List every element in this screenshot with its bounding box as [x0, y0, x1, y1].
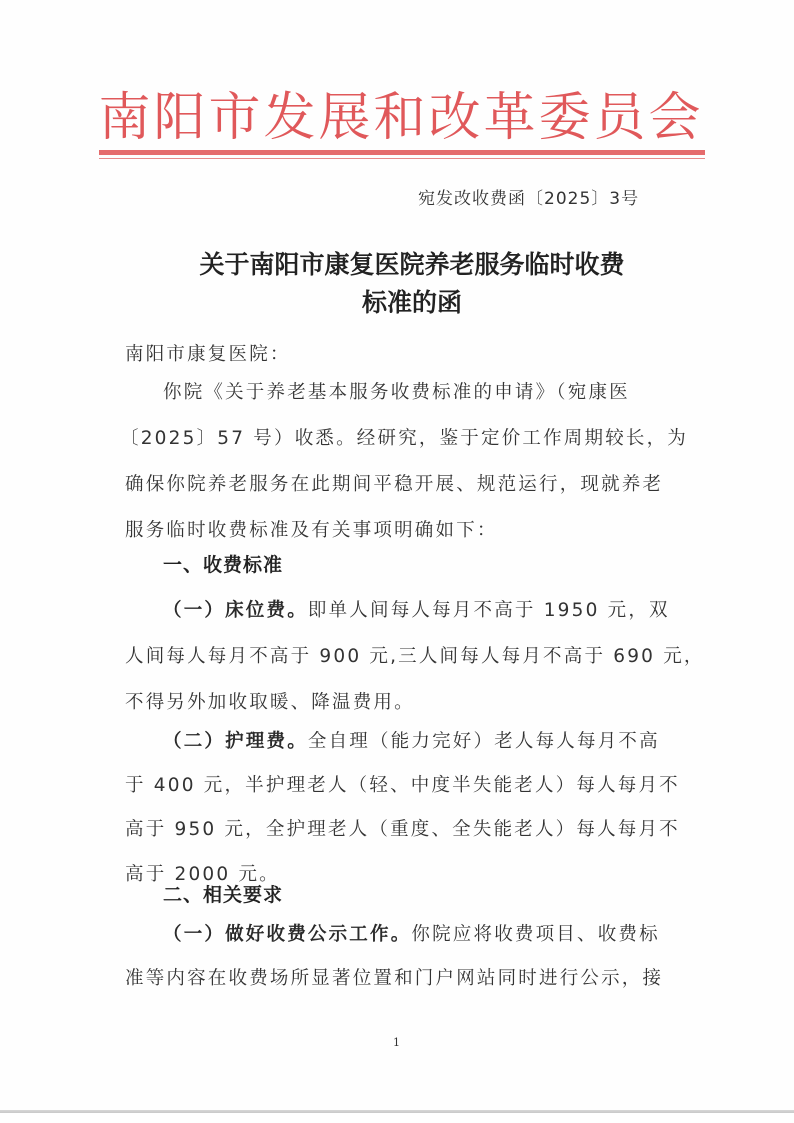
document-number: 宛发改收费函〔2025〕3号	[418, 184, 639, 209]
bed-fee-line-2: 人间每人每月不高于 900 元,三人间每人每月不高于 690 元，	[125, 642, 695, 668]
publicity-line-2: 准等内容在收费场所显著位置和门户网站同时进行公示，接	[125, 964, 695, 990]
care-fee-line-1: （二）护理费。全自理（能力完好）老人每人每月不高	[163, 727, 733, 753]
bed-fee-text-1: 即单人间每人每月不高于 1950 元，双	[308, 600, 670, 621]
publicity-label: （一）做好收费公示工作。	[163, 924, 411, 945]
care-fee-text-1: 全自理（能力完好）老人每人每月不高	[308, 731, 660, 752]
bed-fee-label: （一）床位费。	[163, 600, 308, 621]
letterhead-thick-red-rule	[99, 150, 705, 155]
care-fee-label: （二）护理费。	[163, 731, 308, 752]
section-2-heading: 二、相关要求	[163, 880, 283, 907]
letterhead-thin-red-rule	[99, 158, 705, 159]
publicity-text-1: 你院应将收费项目、收费标	[411, 924, 659, 945]
document-page: 南阳市发展和改革委员会 宛发改收费函〔2025〕3号 关于南阳市康复医院养老服务…	[0, 0, 794, 1123]
scan-margin	[0, 1113, 794, 1123]
intro-line-1: 你院《关于养老基本服务收费标准的申请》（宛康医	[163, 378, 733, 404]
section-1-heading: 一、收费标准	[163, 550, 283, 577]
care-fee-line-3: 高于 950 元，全护理老人（重度、全失能老人）每人每月不	[125, 815, 695, 841]
bed-fee-line-1: （一）床位费。即单人间每人每月不高于 1950 元，双	[163, 596, 733, 622]
letterhead-title: 南阳市发展和改革委员会	[96, 86, 706, 150]
document-title: 关于南阳市康复医院养老服务临时收费 标准的函	[120, 246, 704, 322]
title-line-2: 标准的函	[120, 284, 704, 322]
intro-line-2: 〔2025〕57 号）收悉。经研究，鉴于定价工作周期较长，为	[120, 424, 690, 450]
care-fee-line-2: 于 400 元，半护理老人（轻、中度半失能老人）每人每月不	[125, 771, 695, 797]
publicity-line-1: （一）做好收费公示工作。你院应将收费项目、收费标	[163, 920, 733, 946]
addressee: 南阳市康复医院：	[125, 340, 695, 366]
bed-fee-line-3: 不得另外加收取暖、降温费用。	[125, 688, 695, 714]
intro-line-4: 服务临时收费标准及有关事项明确如下：	[125, 516, 695, 542]
title-line-1: 关于南阳市康复医院养老服务临时收费	[120, 246, 704, 284]
page-number: 1	[393, 1036, 400, 1049]
intro-line-3: 确保你院养老服务在此期间平稳开展、规范运行，现就养老	[125, 470, 695, 496]
